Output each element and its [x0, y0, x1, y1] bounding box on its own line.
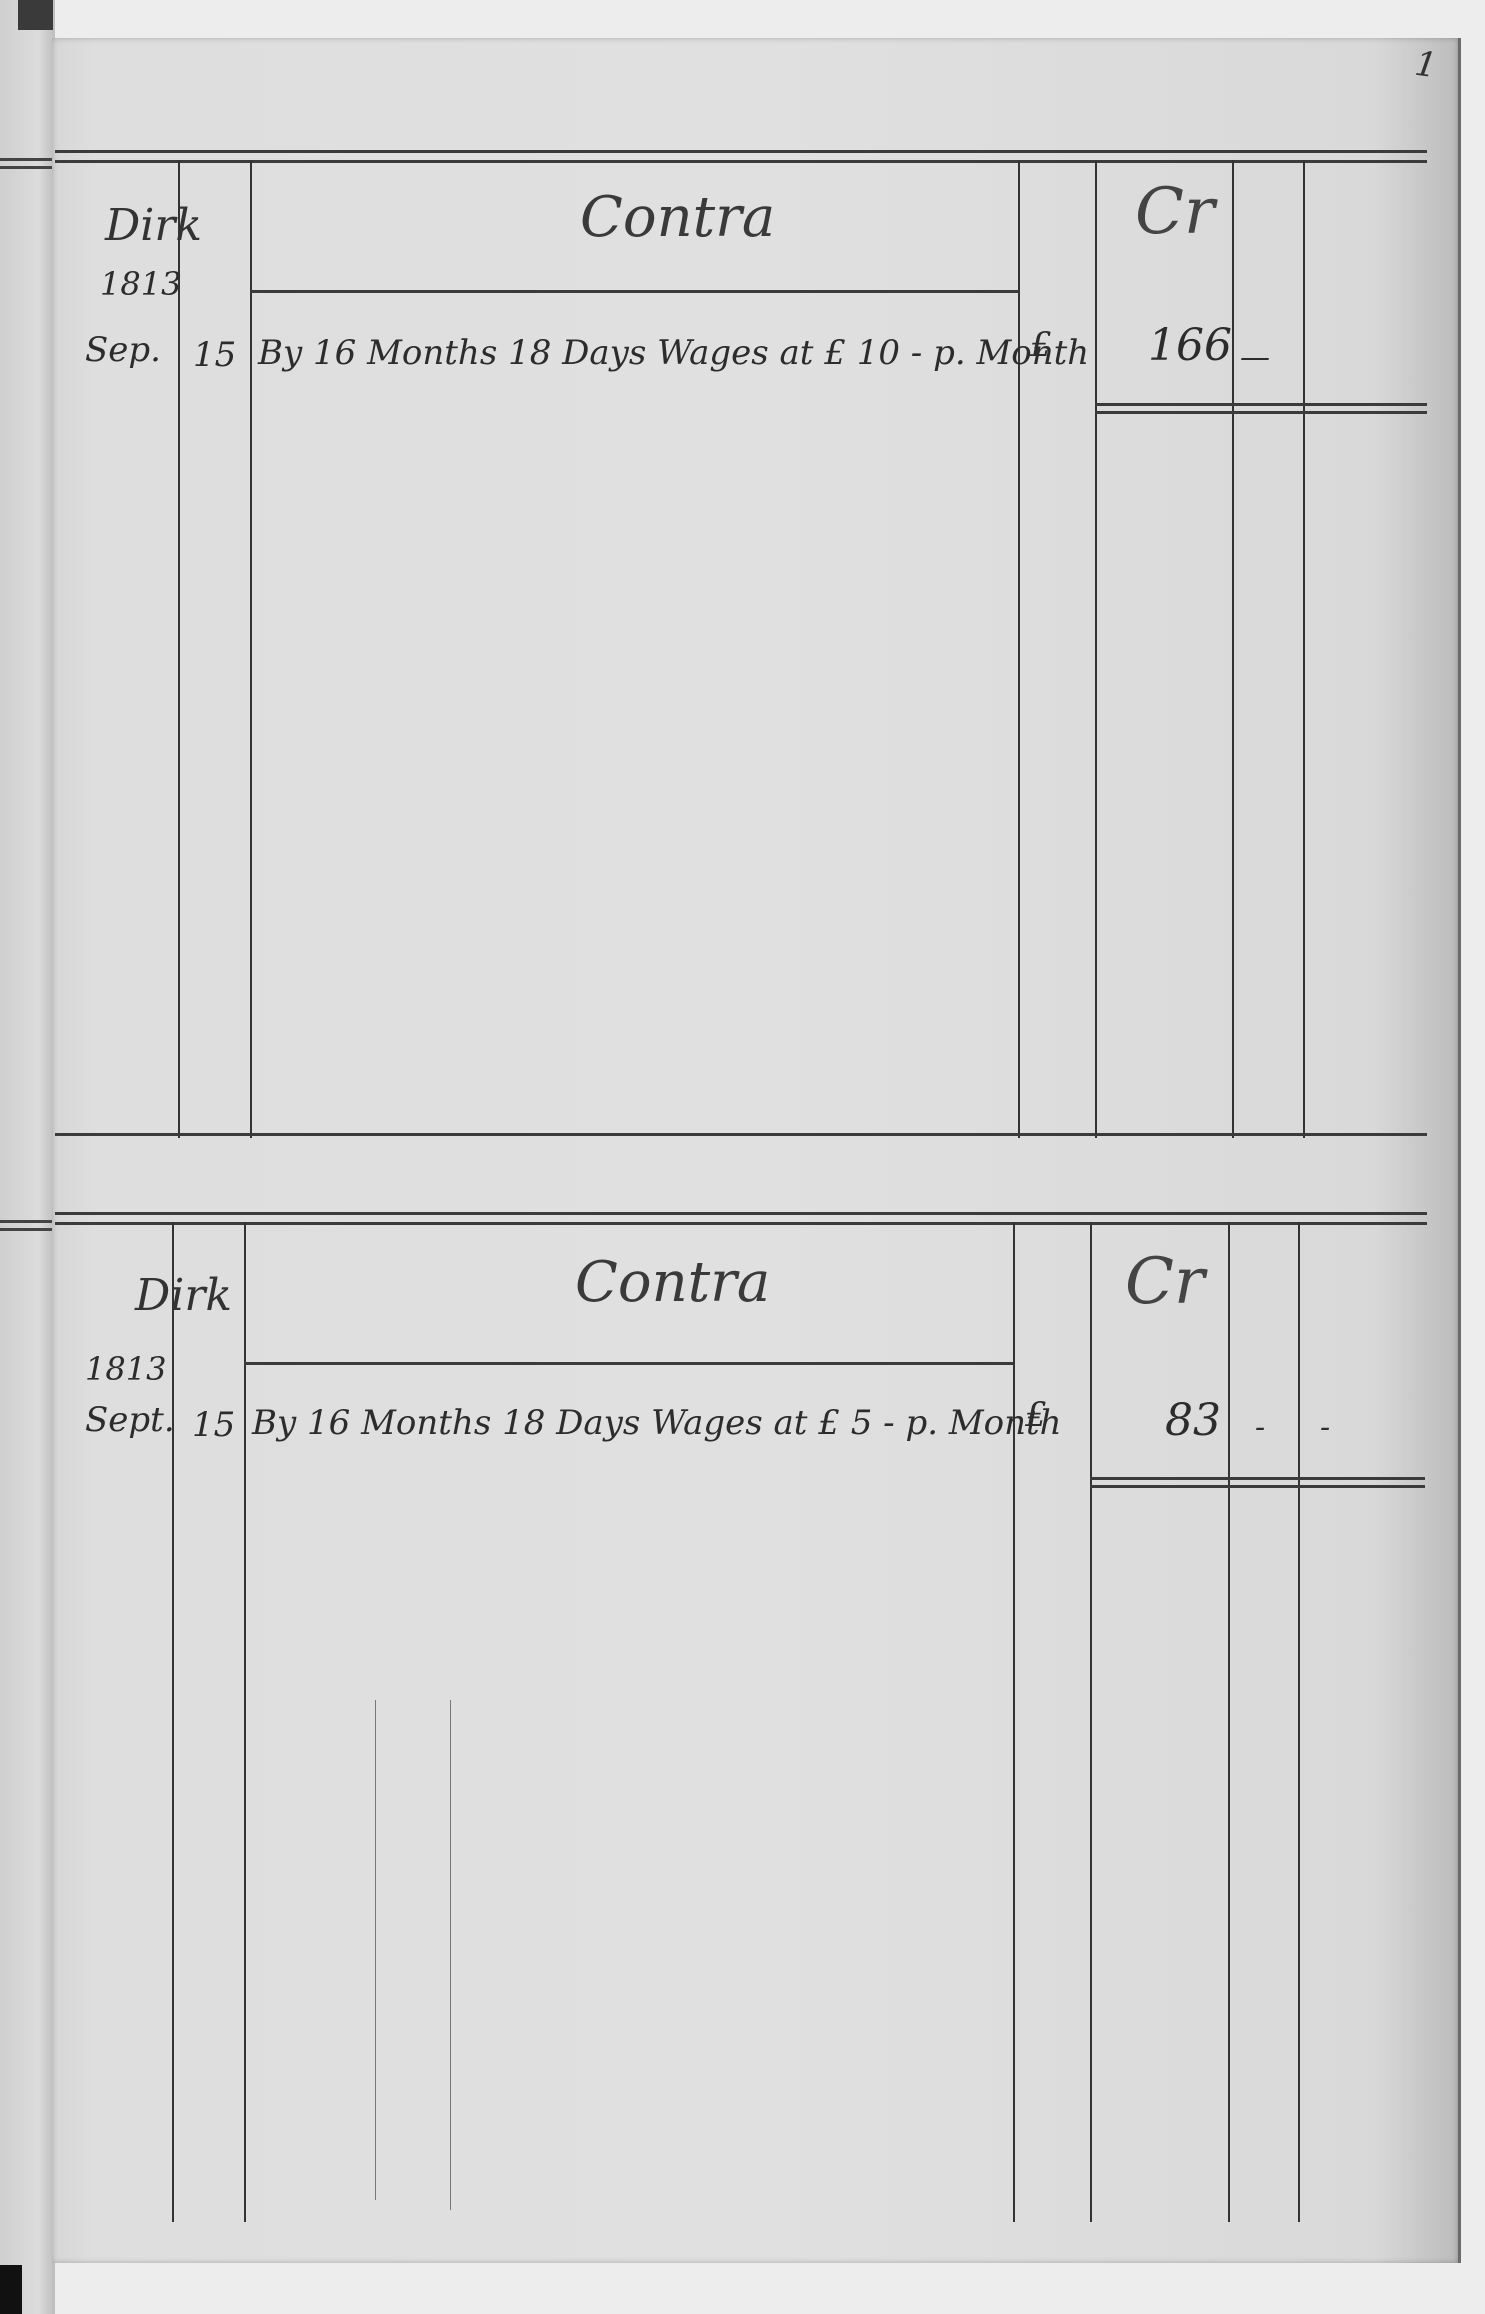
column-line-day — [244, 1222, 246, 2222]
entry-shillings: — — [1240, 340, 1270, 375]
header-side: Cr — [1135, 175, 1215, 249]
column-line-pounds — [1232, 160, 1234, 1138]
total-rule-bottom — [1090, 1485, 1425, 1488]
column-line-pounds — [1228, 1222, 1230, 2222]
entry-day: 15 — [193, 335, 236, 375]
entry-pence: - — [1320, 1410, 1330, 1445]
header-double-rule-bottom — [55, 160, 1427, 163]
faint-ruling — [375, 1700, 376, 2200]
entry-shillings: - — [1255, 1410, 1265, 1445]
left-page-rule — [0, 166, 52, 169]
header-side-label: Cr — [1125, 1245, 1205, 1319]
column-line-day — [250, 160, 252, 1138]
entry-pounds: 83 — [1165, 1395, 1221, 1446]
header-double-rule-bottom — [55, 1222, 1427, 1225]
column-line-desc — [1018, 160, 1020, 1138]
binding-tab — [18, 0, 53, 30]
left-page-rule — [0, 1220, 52, 1223]
column-line-desc — [1013, 1222, 1015, 2222]
entry-currency: £ — [1030, 325, 1052, 365]
binding-foot — [0, 2265, 22, 2314]
header-name: Dirk — [105, 200, 202, 251]
entry-description: By 16 Months 18 Days Wages at £ 5 - p. M… — [252, 1403, 1062, 1443]
header-double-rule-top — [55, 150, 1427, 153]
entry-year: 1813 — [85, 1350, 166, 1388]
entry-description: By 16 Months 18 Days Wages at £ 10 - p. … — [258, 333, 1089, 373]
entry-year: 1813 — [100, 265, 181, 303]
section-bottom-rule — [55, 1133, 1427, 1136]
entry-pounds: 166 — [1148, 320, 1232, 371]
column-line-date — [178, 160, 180, 1138]
header-name: Dirk — [135, 1270, 232, 1321]
book-binding — [0, 0, 55, 2314]
header-underline — [250, 290, 1018, 293]
column-line-currency — [1090, 1222, 1092, 2222]
entry-month: Sep. — [85, 330, 161, 370]
total-rule-top — [1090, 1477, 1425, 1480]
header-double-rule-top — [55, 1212, 1427, 1215]
header-side: Cr — [1125, 1245, 1205, 1319]
entry-currency: £ — [1025, 1395, 1047, 1435]
column-line-date — [172, 1222, 174, 2222]
entry-month: Sept. — [85, 1400, 175, 1440]
total-rule-bottom — [1095, 411, 1427, 414]
column-line-shillings — [1298, 1222, 1300, 2222]
left-page-rule — [0, 1228, 52, 1231]
column-line-shillings — [1303, 160, 1305, 1138]
header-side-label: Cr — [1135, 175, 1215, 249]
entry-day: 15 — [192, 1405, 235, 1445]
column-line-currency — [1095, 160, 1097, 1138]
header-title: Contra — [575, 1250, 770, 1315]
faint-ruling — [450, 1700, 451, 2210]
header-title: Contra — [580, 185, 775, 250]
left-page-rule — [0, 158, 52, 161]
header-underline — [244, 1362, 1013, 1365]
total-rule-top — [1095, 403, 1427, 406]
